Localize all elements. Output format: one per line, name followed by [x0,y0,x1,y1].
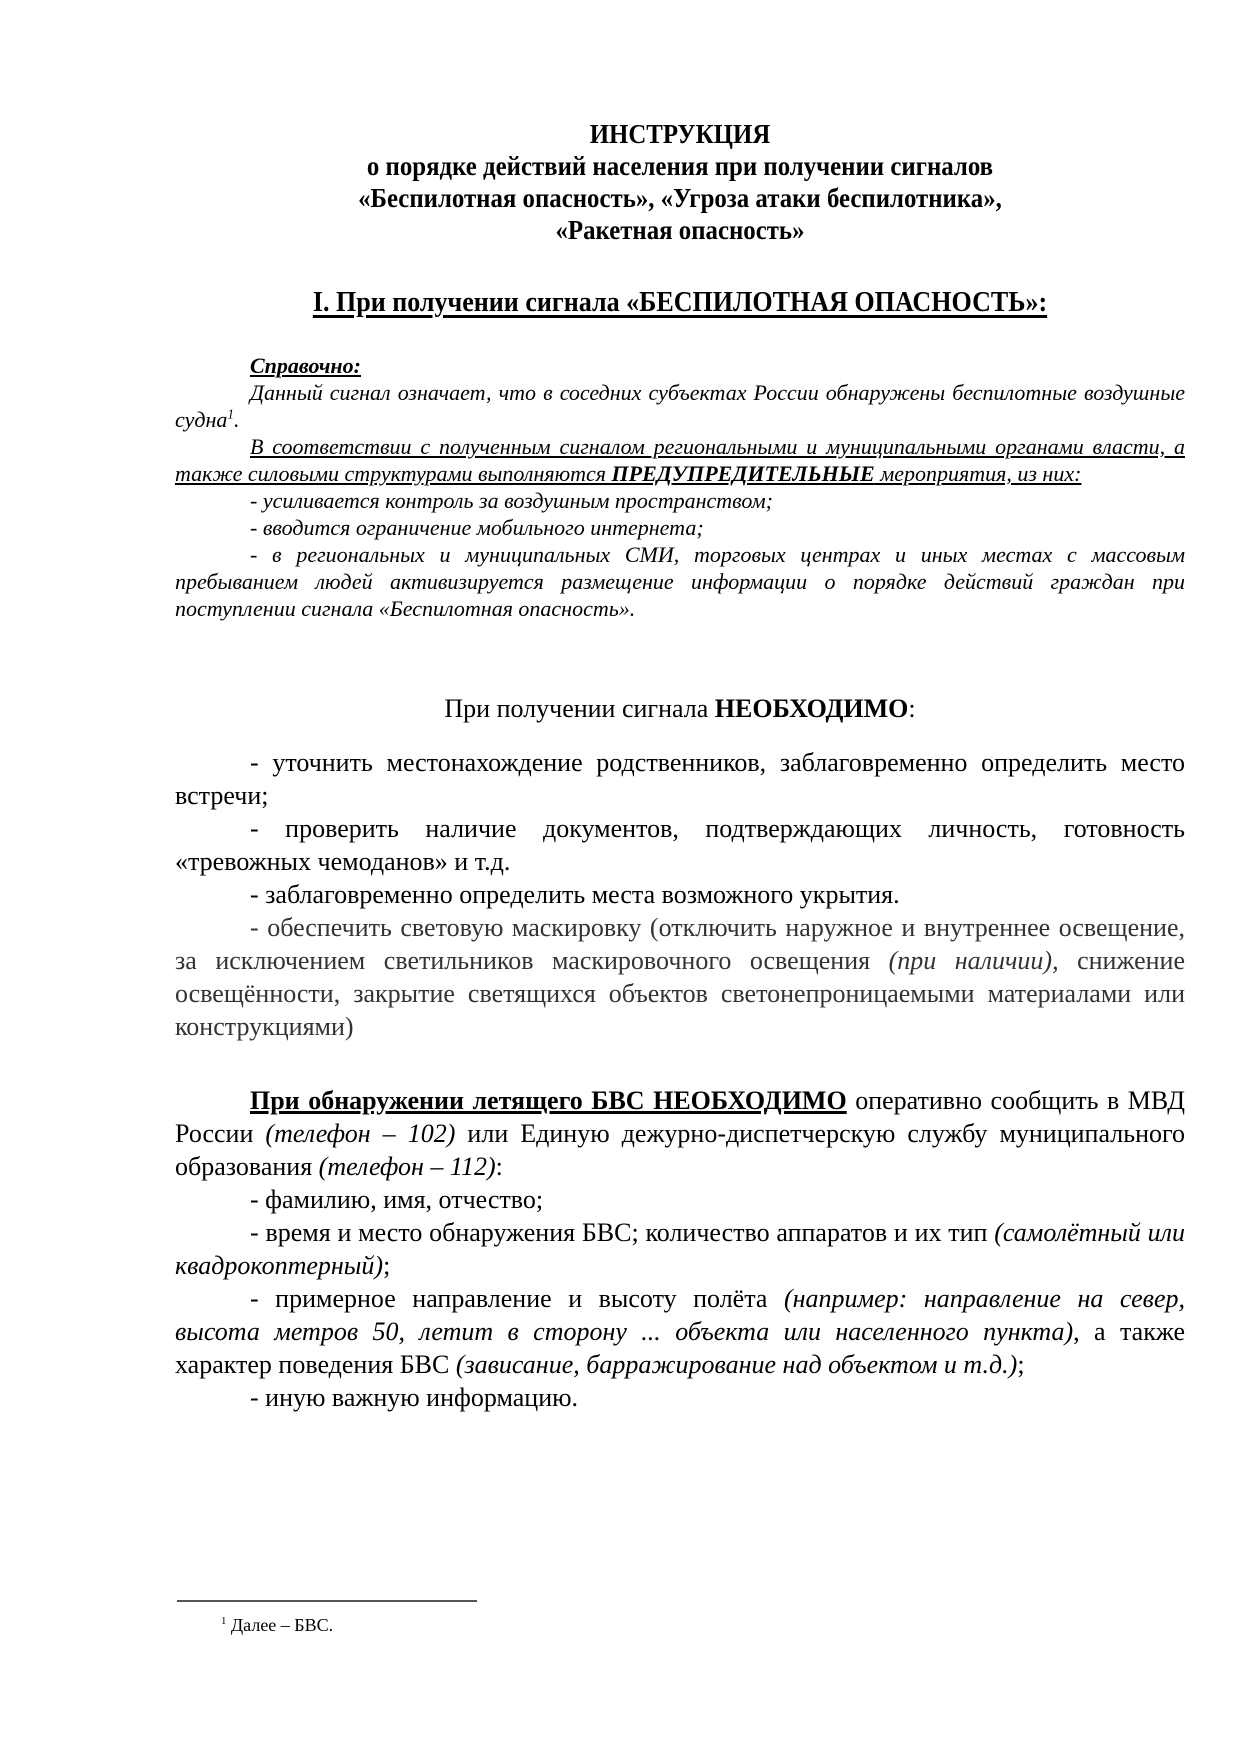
section-heading: I. При получении сигнала «БЕСПИЛОТНАЯ ОП… [210,286,1149,320]
measure-item: - в региональных и муниципальных СМИ, то… [175,541,1185,622]
report-item: - иную важную информацию. [175,1381,1185,1414]
title-line-2: о порядке действий населения при получен… [215,150,1144,182]
detection-intro: При обнаружении летящего БВС НЕОБХОДИМО … [175,1084,1185,1183]
necessary-list: - уточнить местонахождение родственников… [175,746,1185,1043]
reference-label: Справочно: [175,352,1185,379]
footnote-separator [177,1600,477,1602]
necessary-heading: При получении сигнала НЕОБХОДИМО: [175,693,1185,725]
phone-112: (телефон – 112) [319,1152,496,1181]
phone-102: (телефон – 102) [265,1119,455,1148]
necessary-item: - заблаговременно определить места возмо… [175,878,1185,911]
title-line-4: «Ракетная опасность» [215,214,1144,246]
section-heading-text: I. При получении сигнала «БЕСПИЛОТНАЯ ОП… [313,287,1047,318]
preventive-emphasis: ПРЕДУПРЕДИТЕЛЬНЫЕ [612,461,875,486]
report-item: - время и место обнаружения БВС; количес… [175,1216,1185,1282]
necessary-item: - проверить наличие документов, подтверж… [175,812,1185,878]
footnote-ref[interactable]: 1 [227,407,234,422]
masking-item: - обеспечить световую маскировку (отключ… [175,911,1185,1043]
report-item: - фамилию, имя, отчество; [175,1183,1185,1216]
reference-block: Справочно: Данный сигнал означает, что в… [175,352,1185,622]
report-item: - примерное направление и высоту полёта … [175,1282,1185,1381]
title-line-1: ИНСТРУКЦИЯ [215,118,1144,150]
signal-meaning: Данный сигнал означает, что в соседних с… [175,379,1185,433]
measure-item: - вводится ограничение мобильного интерн… [175,514,1185,541]
preventive-measures-intro: В соответствии с полученным сигналом рег… [175,433,1185,487]
document-title: ИНСТРУКЦИЯ о порядке действий населения … [215,118,1144,246]
footnote: 1 Далее – БВС. [221,1614,333,1636]
document-page: ИНСТРУКЦИЯ о порядке действий населения … [0,0,1241,1755]
title-line-3: «Беспилотная опасность», «Угроза атаки б… [215,182,1144,214]
detection-block: При обнаружении летящего БВС НЕОБХОДИМО … [175,1084,1185,1414]
measure-item: - усиливается контроль за воздушным прос… [175,487,1185,514]
necessary-item: - уточнить местонахождение родственников… [175,746,1185,812]
